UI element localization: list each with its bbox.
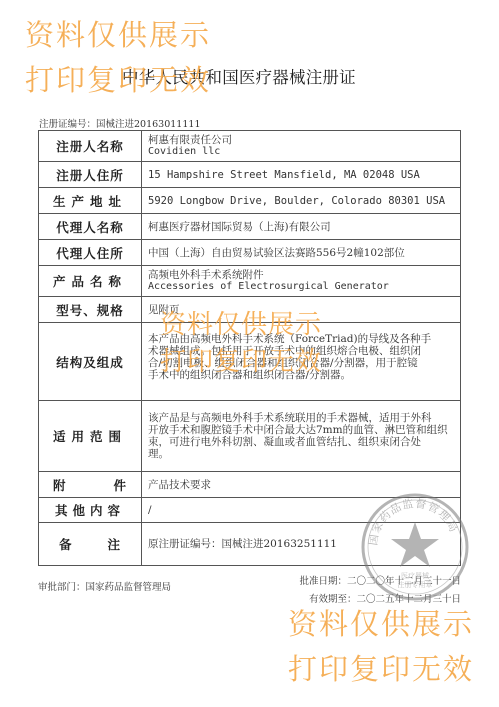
row-label: 产品名称: [39, 266, 142, 297]
model-spec-value: 见附页: [142, 297, 461, 323]
value-line: Accessories of Electrosurgical Generator: [148, 281, 457, 293]
label-part: 备: [59, 535, 73, 553]
value-line: Covidien llc: [148, 146, 457, 158]
registration-number: 注册证编号：国械注进20163011111: [39, 116, 201, 130]
row-label: 适用范围: [39, 401, 142, 472]
structure-composition-value: 本产品由高频电外科手术系统（ForceTriad)的导线及各种手 术器械组成。包…: [142, 323, 461, 401]
row-label: 注册人名称: [39, 131, 142, 162]
table-row: 产品名称 高频电外科手术系统附件 Accessories of Electros…: [39, 266, 461, 297]
svg-text:医疗器械: 医疗器械: [401, 571, 429, 580]
table-row: 生产地址 5920 Longbow Drive, Boulder, Colora…: [39, 188, 461, 214]
row-label: 备 注: [39, 523, 142, 566]
svg-text:注册专用章: 注册专用章: [398, 580, 433, 589]
agent-address-value: 中国（上海）自由贸易试验区法赛路556号2幢102部位: [142, 240, 461, 266]
table-row: 适用范围 该产品是与高频电外科手术系统联用的手术器械，适用于外科 开放手术和腹腔…: [39, 401, 461, 472]
approval-department: 审批部门：国家药品监督管理局: [38, 579, 171, 593]
row-label: 型号、规格: [39, 297, 142, 323]
table-row: 注册人住所 15 Hampshire Street Mansfield, MA …: [39, 162, 461, 188]
table-row: 结构及组成 本产品由高频电外科手术系统（ForceTriad)的导线及各种手 术…: [39, 323, 461, 401]
value-line: 束，可进行电外科切割、凝血或者血管结扎、组织束闭合处: [148, 436, 457, 448]
certificate-title: 中华人民共和国医疗器械注册证: [122, 64, 382, 88]
value-line: 开放手术和腹腔镜手术中闭合最大达7mm的血管、淋巴管和组织: [148, 424, 457, 436]
row-label: 附 件: [39, 472, 142, 498]
row-label: 生产地址: [39, 188, 142, 214]
production-address-value: 5920 Longbow Drive, Boulder, Colorado 80…: [142, 188, 461, 214]
agent-name-value: 柯惠医疗器材国际贸易（上海)有限公司: [142, 214, 461, 240]
table-row: 注册人名称 柯惠有限责任公司 Covidien llc: [39, 131, 461, 162]
label-part: 件: [113, 476, 127, 494]
value-line: 柯惠有限责任公司: [148, 134, 457, 146]
label-part: 附: [53, 476, 67, 494]
value-line: 术器械组成。包括用于开放手术中的组织熔合电极、组织闭: [148, 345, 457, 357]
value-line: 手术中的组织闭合器和组织闭合器/分割器。: [148, 369, 457, 381]
row-label: 代理人住所: [39, 240, 142, 266]
value-line: 该产品是与高频电外科手术系统联用的手术器械，适用于外科: [148, 412, 457, 424]
registrant-name-value: 柯惠有限责任公司 Covidien llc: [142, 131, 461, 162]
label-part: 注: [107, 535, 121, 553]
value-line: 理。: [148, 448, 457, 460]
row-label: 结构及组成: [39, 323, 142, 401]
row-label: 其他内容: [39, 498, 142, 523]
row-label: 代理人名称: [39, 214, 142, 240]
watermark-line: 资料仅供展示: [288, 607, 474, 641]
watermark-bottom: 资料仅供展示 打印复印无效: [288, 607, 474, 686]
product-name-value: 高频电外科手术系统附件 Accessories of Electrosurgic…: [142, 266, 461, 297]
registrant-address-value: 15 Hampshire Street Mansfield, MA 02048 …: [142, 162, 461, 188]
value-line: 高频电外科手术系统附件: [148, 269, 457, 281]
row-label: 注册人住所: [39, 162, 142, 188]
value-line: 合/切割电极、组织闭合器和组织闭合器/分割器，用于腔镜: [148, 357, 457, 369]
table-row: 代理人住所 中国（上海）自由贸易试验区法赛路556号2幢102部位: [39, 240, 461, 266]
table-row: 代理人名称 柯惠医疗器材国际贸易（上海)有限公司: [39, 214, 461, 240]
watermark-line: 打印复印无效: [288, 652, 474, 686]
official-seal-icon: 国家药品监督管理局 医疗器械 注册专用章: [360, 492, 470, 602]
value-line: 本产品由高频电外科手术系统（ForceTriad)的导线及各种手: [148, 333, 457, 345]
watermark-line: 资料仅供展示: [25, 18, 211, 52]
scope-of-application-value: 该产品是与高频电外科手术系统联用的手术器械，适用于外科 开放手术和腹腔镜手术中闭…: [142, 401, 461, 472]
table-row: 型号、规格 见附页: [39, 297, 461, 323]
